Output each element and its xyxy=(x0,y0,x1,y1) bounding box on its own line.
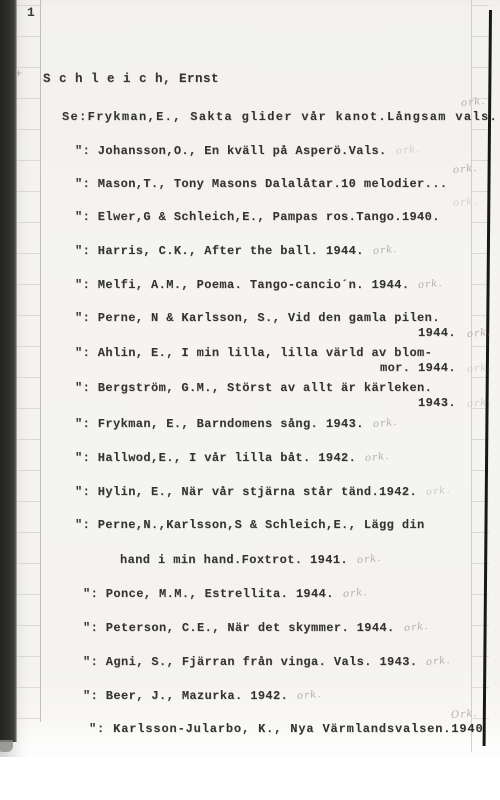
pencil-annotation: ork. xyxy=(365,449,391,466)
catalog-entry: ": Ahlin, E., I min lilla, lilla värld a… xyxy=(75,346,500,376)
catalog-entry: ": Peterson, C.E., När det skymmer. 1944… xyxy=(75,620,500,636)
catalog-entry: ": Harris, C.K., After the ball. 1944.or… xyxy=(75,243,500,259)
catalog-entry: ": Hylin, E., När vår stjärna står tänd.… xyxy=(75,484,500,500)
entry-text: ": Karlsson-Jularbo, K., Nya Värmlandsva… xyxy=(89,722,484,736)
entry-line: ": Beer, J., Mazurka. 1942.ork. xyxy=(83,688,500,704)
entry-continuation-line: 1944.ork. xyxy=(75,326,500,341)
entry-text: ": Elwer,G & Schleich,E., Pampas ros.Tan… xyxy=(75,210,440,224)
entry-line: ": Ponce, M.M., Estrellita. 1944.ork. xyxy=(83,586,500,602)
corner-number: 1 xyxy=(27,5,35,20)
entry-line: ": Agni, S., Fjärran från vinga. Vals. 1… xyxy=(83,654,500,670)
plus-mark: + xyxy=(15,67,22,81)
pencil-annotation: ork. xyxy=(461,96,487,109)
pencil-annotation: ork. xyxy=(453,196,479,209)
catalog-entry: ": Melfi, A.M., Poema. Tango-cancio´n. 1… xyxy=(75,277,500,293)
entry-text: ": Frykman, E., Barndomens sång. 1943. xyxy=(75,417,364,431)
pencil-annotation: ork. xyxy=(403,619,429,636)
entry-text: ": Harris, C.K., After the ball. 1944. xyxy=(75,244,364,258)
entry-text: ": Ponce, M.M., Estrellita. 1944. xyxy=(83,587,334,601)
entry-continuation-text: mor. 1944. xyxy=(380,361,456,375)
entry-text: ": Mason,T., Tony Masons Dalalåtar.10 me… xyxy=(75,177,447,191)
catalog-entry: ": Perne,N.,Karlsson,S & Schleich,E., Lä… xyxy=(75,518,500,568)
pencil-annotation: ork. xyxy=(297,687,323,704)
entry-continuation-text: hand i min hand.Foxtrot. 1941. xyxy=(120,553,348,567)
pencil-annotation: ork. xyxy=(372,415,398,432)
card-margin-rule-left xyxy=(40,0,41,722)
entry-line: ": Mason,T., Tony Masons Dalalåtar.10 me… xyxy=(75,177,500,192)
pencil-annotation: ork. xyxy=(425,483,451,500)
entry-continuation-line: 1943.ork. xyxy=(75,396,500,411)
pencil-annotation: ork. xyxy=(467,325,493,342)
pencil-annotation: ork. xyxy=(418,276,444,293)
card-heading-composer-name: S c h l e i c h, Ernst xyxy=(43,72,219,86)
entry-continuation-line: hand i min hand.Foxtrot. 1941.ork. xyxy=(120,552,500,568)
catalog-entry: ": Bergström, G.M., Störst av allt är kä… xyxy=(75,381,500,411)
catalog-entry: ": Mason,T., Tony Masons Dalalåtar.10 me… xyxy=(75,177,500,192)
entry-continuation-line: mor. 1944.ork. xyxy=(75,361,500,376)
catalog-entry: ": Hallwod,E., I vår lilla båt. 1942.ork… xyxy=(75,450,500,466)
catalog-entry: ": Ponce, M.M., Estrellita. 1944.ork. xyxy=(75,586,500,602)
entry-line: ": Perne, N & Karlsson, S., Vid den gaml… xyxy=(75,311,500,326)
scanner-edge-strip xyxy=(0,0,17,742)
entry-text: ": Beer, J., Mazurka. 1942. xyxy=(83,689,288,703)
entry-line: ": Bergström, G.M., Störst av allt är kä… xyxy=(75,381,500,396)
entry-text: ": Agni, S., Fjärran från vinga. Vals. 1… xyxy=(83,655,417,669)
catalog-entry: ": Beer, J., Mazurka. 1942.ork. xyxy=(75,688,500,704)
scanner-edge-strip-tail xyxy=(0,740,13,752)
pencil-annotation: ork. xyxy=(467,360,493,377)
entry-line: ": Karlsson-Jularbo, K., Nya Värmlandsva… xyxy=(89,722,500,737)
pencil-annotation: ork. xyxy=(342,585,368,602)
entry-line: ": Perne,N.,Karlsson,S & Schleich,E., Lä… xyxy=(75,518,500,533)
entry-line: ": Peterson, C.E., När det skymmer. 1944… xyxy=(83,620,500,636)
entry-line: ": Hylin, E., När vår stjärna står tänd.… xyxy=(75,484,500,500)
catalog-entry: ": Frykman, E., Barndomens sång. 1943.or… xyxy=(75,416,500,432)
catalog-entry: ": Johansson,O., En kväll på Asperö.Vals… xyxy=(75,143,500,159)
entry-line: ": Frykman, E., Barndomens sång. 1943.or… xyxy=(75,416,500,432)
entry-text: ": Johansson,O., En kväll på Asperö.Vals… xyxy=(75,144,387,158)
pencil-annotation: ork. xyxy=(356,551,382,568)
entry-line: Se:Frykman,E., Sakta glider vår kanot.Lå… xyxy=(62,110,500,125)
entry-text: ": Hallwod,E., I vår lilla båt. 1942. xyxy=(75,451,356,465)
entry-text: Se:Frykman,E., Sakta glider vår kanot.Lå… xyxy=(62,110,498,124)
pencil-annotation: ork. xyxy=(453,163,479,176)
entry-line: ": Hallwod,E., I vår lilla båt. 1942.ork… xyxy=(75,450,500,466)
entry-line: ": Harris, C.K., After the ball. 1944.or… xyxy=(75,243,500,259)
catalog-entry: Se:Frykman,E., Sakta glider vår kanot.Lå… xyxy=(75,110,500,125)
entry-text: ": Perne, N & Karlsson, S., Vid den gaml… xyxy=(75,311,440,325)
catalog-entry: ": Elwer,G & Schleich,E., Pampas ros.Tan… xyxy=(75,210,500,225)
entry-text: ": Melfi, A.M., Poema. Tango-cancio´n. 1… xyxy=(75,278,409,292)
entry-text: ": Perne,N.,Karlsson,S & Schleich,E., Lä… xyxy=(75,518,425,532)
catalog-entry: ": Karlsson-Jularbo, K., Nya Värmlandsva… xyxy=(75,722,500,737)
pencil-annotation: ork. xyxy=(395,142,421,159)
catalog-entry: ": Perne, N & Karlsson, S., Vid den gaml… xyxy=(75,311,500,341)
entry-line: ": Elwer,G & Schleich,E., Pampas ros.Tan… xyxy=(75,210,500,225)
entry-line: ": Melfi, A.M., Poema. Tango-cancio´n. 1… xyxy=(75,277,500,293)
pencil-annotation: ork. xyxy=(467,395,493,412)
entries: Se:Frykman,E., Sakta glider vår kanot.Lå… xyxy=(75,110,500,755)
pencil-annotation: Ork. xyxy=(451,708,479,721)
entry-line: ": Ahlin, E., I min lilla, lilla värld a… xyxy=(75,346,500,361)
catalog-entry: ": Agni, S., Fjärran från vinga. Vals. 1… xyxy=(75,654,500,670)
entry-line: ": Johansson,O., En kväll på Asperö.Vals… xyxy=(75,143,500,159)
pencil-annotation: ork. xyxy=(372,242,398,259)
entry-text: ": Bergström, G.M., Störst av allt är kä… xyxy=(75,381,432,395)
entry-text: ": Hylin, E., När vår stjärna står tänd.… xyxy=(75,485,417,499)
margin-ruling-left xyxy=(17,0,40,748)
entry-text: ": Peterson, C.E., När det skymmer. 1944… xyxy=(83,621,395,635)
pencil-annotation: ork. xyxy=(426,653,452,670)
entry-continuation-text: 1943. xyxy=(418,396,456,410)
scanned-catalog-card: 1 + S c h l e i c h, Ernst Se:Frykman,E.… xyxy=(0,0,500,757)
entry-text: ": Ahlin, E., I min lilla, lilla värld a… xyxy=(75,346,432,360)
entry-continuation-text: 1944. xyxy=(418,326,456,340)
